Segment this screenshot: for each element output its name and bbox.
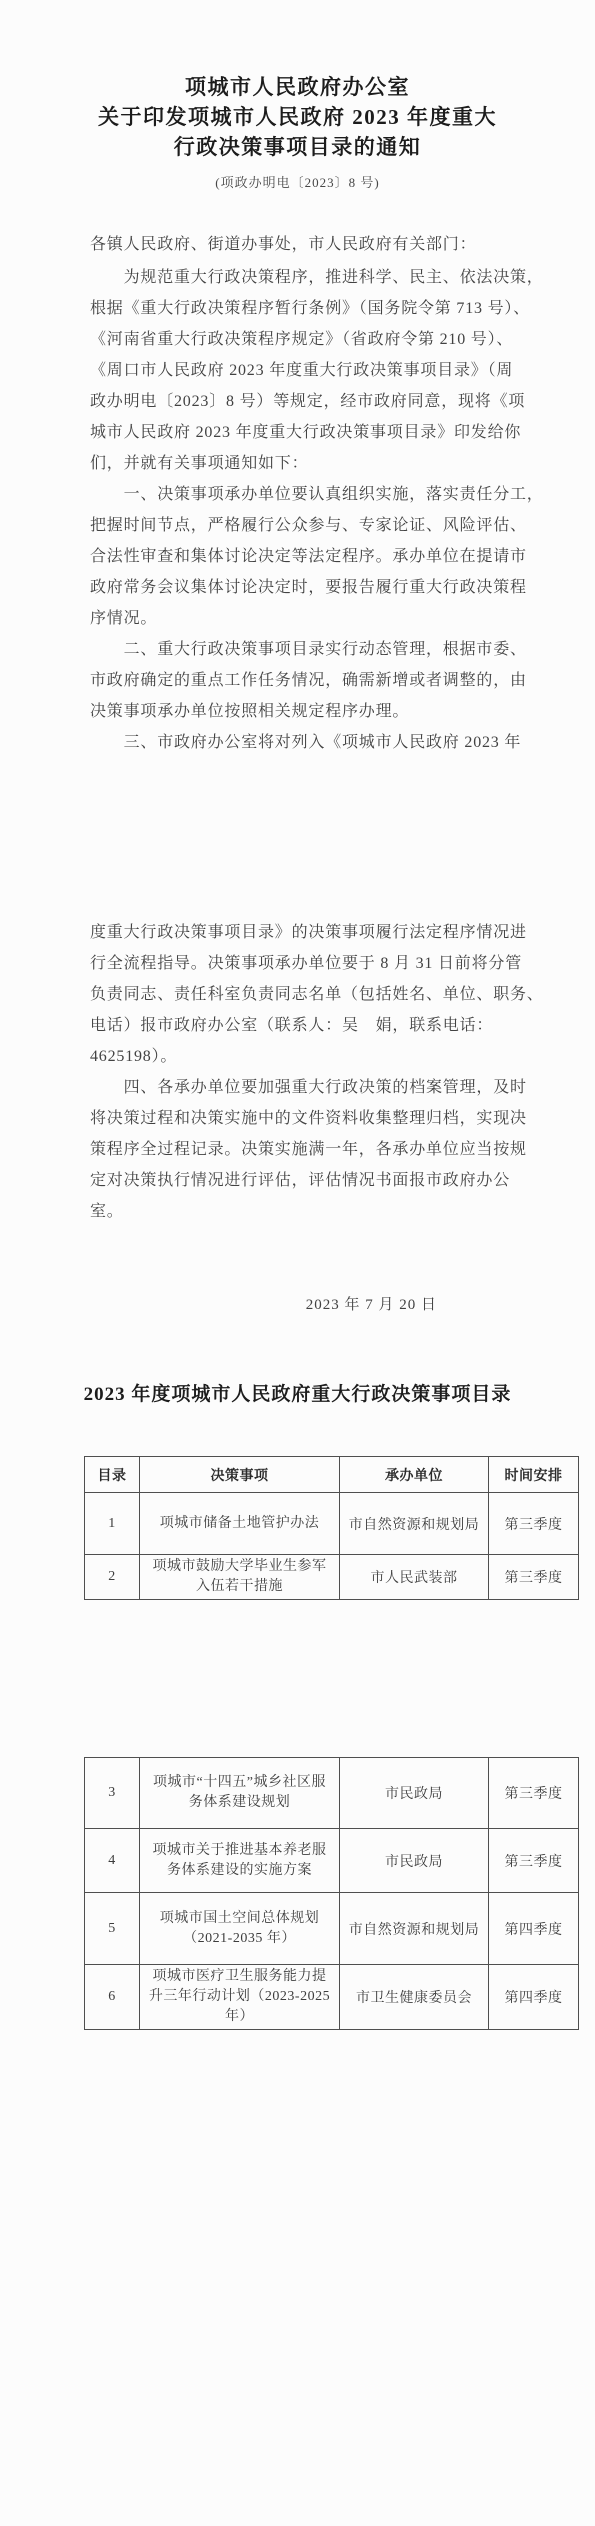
body-text-line: 把握时间节点，严格履行公众参与、专家论证、风险评估、 bbox=[90, 510, 520, 541]
header-undertaking-unit: 承办单位 bbox=[340, 1457, 489, 1493]
cell-schedule: 第三季度 bbox=[489, 1493, 579, 1555]
catalog-table-page2: 3 项城市“十四五”城乡社区服务体系建设规划 市民政局 第三季度 4 项城市关于… bbox=[84, 1757, 579, 2030]
body-text-line: 序情况。 bbox=[90, 603, 520, 634]
document-title: 项城市人民政府办公室 关于印发项城市人民政府 2023 年度重大 行政决策事项目… bbox=[0, 72, 595, 162]
body-text-line: 电话）报市政府办公室（联系人：吴 娟，联系电话： bbox=[90, 1010, 520, 1041]
notice-body-page2: 度重大行政决策事项目录》的决策事项履行法定程序情况进 行全流程指导。决策事项承办… bbox=[90, 917, 520, 1227]
table-row: 6 项城市医疗卫生服务能力提升三年行动计划（2023-2025 年） 市卫生健康… bbox=[85, 1965, 579, 2030]
body-text-line: 根据《重大行政决策程序暂行条例》（国务院令第 713 号）、 bbox=[90, 293, 520, 324]
document-title-line: 关于印发项城市人民政府 2023 年度重大 bbox=[0, 102, 595, 132]
cell-index: 6 bbox=[85, 1965, 140, 2030]
body-text-line: 政办明电〔2023〕8 号）等规定，经市政府同意，现将《项 bbox=[90, 386, 520, 417]
body-text-line: 四、各承办单位要加强重大行政决策的档案管理，及时 bbox=[90, 1072, 520, 1103]
body-text-line: 将决策过程和决策实施中的文件资料收集整理归档，实现决 bbox=[90, 1103, 520, 1134]
body-text-line: 合法性审查和集体讨论决定等法定程序。承办单位在提请市 bbox=[90, 541, 520, 572]
document-title-line: 行政决策事项目录的通知 bbox=[0, 132, 595, 162]
cell-undertaking-unit: 市自然资源和规划局 bbox=[340, 1893, 489, 1965]
document-page: 项城市人民政府办公室 关于印发项城市人民政府 2023 年度重大 行政决策事项目… bbox=[0, 0, 595, 2526]
cell-schedule: 第四季度 bbox=[489, 1893, 579, 1965]
table-row: 4 项城市关于推进基本养老服务体系建设的实施方案 市民政局 第三季度 bbox=[85, 1829, 579, 1893]
table-row: 1 项城市储备土地管护办法 市自然资源和规划局 第三季度 bbox=[85, 1493, 579, 1555]
cell-decision-item: 项城市鼓励大学毕业生参军入伍若干措施 bbox=[140, 1555, 340, 1600]
cell-decision-item: 项城市储备土地管护办法 bbox=[140, 1493, 340, 1555]
cell-schedule: 第三季度 bbox=[489, 1758, 579, 1829]
body-text-line: 定对决策执行情况进行评估，评估情况书面报市政府办公 bbox=[90, 1165, 520, 1196]
header-index: 目录 bbox=[85, 1457, 140, 1493]
cell-index: 2 bbox=[85, 1555, 140, 1600]
issue-date: 2023 年 7 月 20 日 bbox=[306, 1295, 437, 1315]
cell-undertaking-unit: 市民政局 bbox=[340, 1829, 489, 1893]
body-text-line: 4625198）。 bbox=[90, 1041, 520, 1072]
body-text-line: 行全流程指导。决策事项承办单位要于 8 月 31 日前将分管 bbox=[90, 948, 520, 979]
cell-decision-item: 项城市关于推进基本养老服务体系建设的实施方案 bbox=[140, 1829, 340, 1893]
body-text-line: 《周口市人民政府 2023 年度重大行政决策事项目录》（周 bbox=[90, 355, 520, 386]
cell-undertaking-unit: 市民政局 bbox=[340, 1758, 489, 1829]
header-schedule: 时间安排 bbox=[489, 1457, 579, 1493]
cell-schedule: 第四季度 bbox=[489, 1965, 579, 2030]
cell-index: 1 bbox=[85, 1493, 140, 1555]
salutation: 各镇人民政府、街道办事处，市人民政府有关部门： bbox=[90, 231, 520, 254]
notice-body-page1: 为规范重大行政决策程序，推进科学、民主、依法决策， 根据《重大行政决策程序暂行条… bbox=[90, 262, 520, 758]
body-text-line: 城市人民政府 2023 年度重大行政决策事项目录》印发给你 bbox=[90, 417, 520, 448]
catalog-title: 2023 年度项城市人民政府重大行政决策事项目录 bbox=[0, 1381, 595, 1409]
body-text-line: 室。 bbox=[90, 1196, 520, 1227]
cell-decision-item: 项城市医疗卫生服务能力提升三年行动计划（2023-2025 年） bbox=[140, 1965, 340, 2030]
body-text-line: 们，并就有关事项通知如下： bbox=[90, 448, 520, 479]
catalog-table-page1: 目录 决策事项 承办单位 时间安排 1 项城市储备土地管护办法 市自然资源和规划… bbox=[84, 1456, 579, 1600]
body-text-line: 度重大行政决策事项目录》的决策事项履行法定程序情况进 bbox=[90, 917, 520, 948]
cell-index: 5 bbox=[85, 1893, 140, 1965]
body-text-line: 负责同志、责任科室负责同志名单（包括姓名、单位、职务、 bbox=[90, 979, 520, 1010]
cell-decision-item: 项城市国土空间总体规划（2021-2035 年） bbox=[140, 1893, 340, 1965]
body-text-line: 决策事项承办单位按照相关规定程序办理。 bbox=[90, 696, 520, 727]
cell-undertaking-unit: 市卫生健康委员会 bbox=[340, 1965, 489, 2030]
body-text-line: 政府常务会议集体讨论决定时，要报告履行重大行政决策程 bbox=[90, 572, 520, 603]
body-text-line: 《河南省重大行政决策程序规定》（省政府令第 210 号）、 bbox=[90, 324, 520, 355]
table-row: 3 项城市“十四五”城乡社区服务体系建设规划 市民政局 第三季度 bbox=[85, 1758, 579, 1829]
body-text-line: 三、市政府办公室将对列入《项城市人民政府 2023 年 bbox=[90, 727, 520, 758]
cell-schedule: 第三季度 bbox=[489, 1555, 579, 1600]
body-text-line: 策程序全过程记录。决策实施满一年，各承办单位应当按规 bbox=[90, 1134, 520, 1165]
table-header-row: 目录 决策事项 承办单位 时间安排 bbox=[85, 1457, 579, 1493]
header-decision-item: 决策事项 bbox=[140, 1457, 340, 1493]
doc-number: (项政办明电〔2023〕8 号) bbox=[0, 172, 595, 191]
table-row: 5 项城市国土空间总体规划（2021-2035 年） 市自然资源和规划局 第四季… bbox=[85, 1893, 579, 1965]
document-title-line: 项城市人民政府办公室 bbox=[0, 72, 595, 102]
cell-decision-item: 项城市“十四五”城乡社区服务体系建设规划 bbox=[140, 1758, 340, 1829]
body-text-line: 市政府确定的重点工作任务情况，确需新增或者调整的，由 bbox=[90, 665, 520, 696]
body-text-line: 一、决策事项承办单位要认真组织实施，落实责任分工， bbox=[90, 479, 520, 510]
cell-index: 4 bbox=[85, 1829, 140, 1893]
cell-undertaking-unit: 市自然资源和规划局 bbox=[340, 1493, 489, 1555]
body-text-line: 为规范重大行政决策程序，推进科学、民主、依法决策， bbox=[90, 262, 520, 293]
cell-index: 3 bbox=[85, 1758, 140, 1829]
cell-undertaking-unit: 市人民武装部 bbox=[340, 1555, 489, 1600]
body-text-line: 二、重大行政决策事项目录实行动态管理，根据市委、 bbox=[90, 634, 520, 665]
table-row: 2 项城市鼓励大学毕业生参军入伍若干措施 市人民武装部 第三季度 bbox=[85, 1555, 579, 1600]
cell-schedule: 第三季度 bbox=[489, 1829, 579, 1893]
